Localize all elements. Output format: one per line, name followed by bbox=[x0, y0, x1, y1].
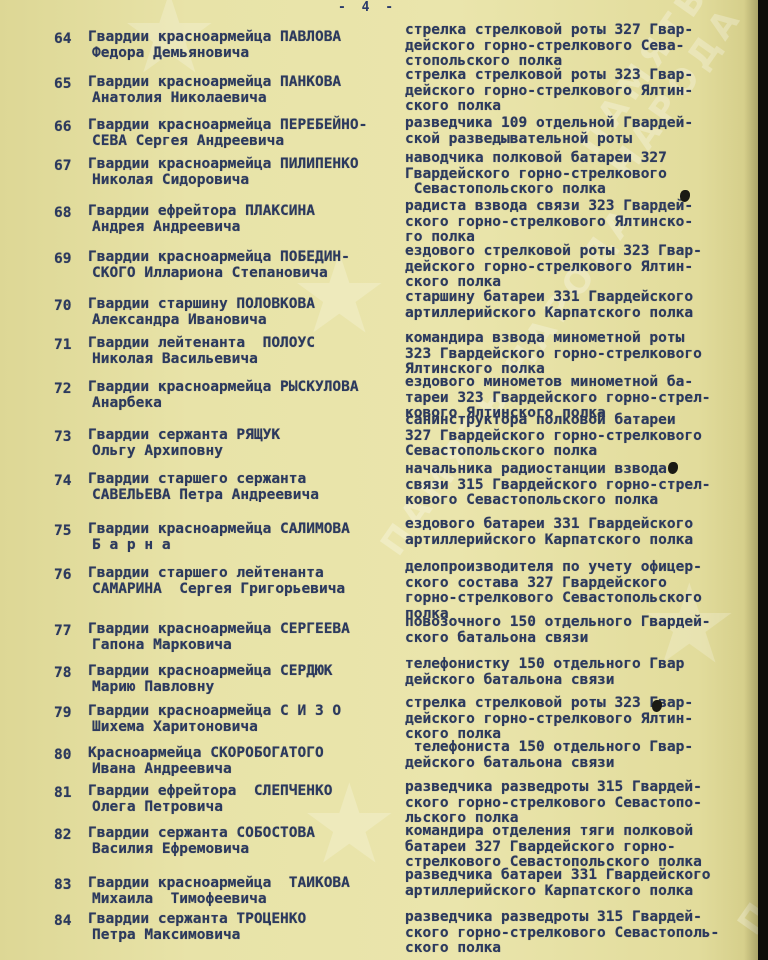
name-line: Гвардии сержанта РЯЩУК bbox=[88, 428, 388, 444]
name-line: Красноармейца СКОРОБОГАТОГО bbox=[88, 746, 388, 762]
entry-position: телефонистку 150 отдельного Гвардейского… bbox=[405, 657, 755, 688]
name-line: Гвардии лейтенанта ПОЛОУС bbox=[88, 336, 388, 352]
entry-number: 67 bbox=[54, 159, 84, 175]
entry-name: Гвардии старшего лейтенантаСАМАРИНА Серг… bbox=[88, 566, 388, 597]
position-line: артиллерийского Карпатского полка bbox=[405, 884, 755, 900]
entry-number: 81 bbox=[54, 786, 84, 802]
entry-name: Гвардии ефрейтора ПЛАКСИНААндрея Андреев… bbox=[88, 204, 388, 235]
entry-number: 78 bbox=[54, 666, 84, 682]
name-line: Гвардии старшего лейтенанта bbox=[88, 566, 388, 582]
name-line: Ольгу Архиповну bbox=[88, 444, 388, 460]
position-line: стрелка стрелковой роты 323 Гвар- bbox=[405, 696, 755, 712]
entry-position: ездового батареи 331 Гвардейскогоартилле… bbox=[405, 517, 755, 548]
entry-name: Гвардии старшего сержантаСАВЕЛЬЕВА Петра… bbox=[88, 472, 388, 503]
entry-name: Гвардии красноармейца ТАИКОВАМихаила Тим… bbox=[88, 876, 388, 907]
name-line: СКОГО Иллариона Степановича bbox=[88, 266, 388, 282]
entry-name: Гвардии сержанта ТРОЦЕНКОПетра Максимови… bbox=[88, 912, 388, 943]
name-line: САМАРИНА Сергея Григорьевича bbox=[88, 582, 388, 598]
name-line: Гвардии красноармейца ПИЛИПЕНКО bbox=[88, 157, 388, 173]
entry-position: разведчика разведроты 315 Гвардей-ского … bbox=[405, 780, 755, 827]
page-number: - 4 - bbox=[338, 0, 397, 15]
position-line: ской разведывательной роты bbox=[405, 132, 755, 148]
position-line: дейского горно-стрелкового Ялтин- bbox=[405, 84, 755, 100]
entry-position: наводчика полковой батареи 327Гвардейско… bbox=[405, 151, 755, 198]
entry-name: Гвардии красноармейца ПАВЛОВАФедора Демь… bbox=[88, 30, 388, 61]
entry-name: Гвардии красноармейца РЫСКУЛОВААнарбека bbox=[88, 380, 388, 411]
entry-number: 82 bbox=[54, 828, 84, 844]
name-line: Ивана Андреевича bbox=[88, 762, 388, 778]
entry-number: 64 bbox=[54, 32, 84, 48]
name-line: Гвардии старшего сержанта bbox=[88, 472, 388, 488]
entry-number: 74 bbox=[54, 474, 84, 490]
entry-position: начальника радиостанции взводасвязи 315 … bbox=[405, 462, 755, 509]
entry-number: 75 bbox=[54, 524, 84, 540]
position-line: повозочного 150 отдельного Гвардей- bbox=[405, 615, 755, 631]
name-line: Гвардии старшину ПОЛОВКОВА bbox=[88, 297, 388, 313]
name-line: Гвардии красноармейца ПАВЛОВА bbox=[88, 30, 388, 46]
watermark-star-icon: ★ bbox=[300, 760, 399, 888]
position-line: стрелка стрелковой роты 323 Гвар- bbox=[405, 68, 755, 84]
name-line: Гвардии красноармейца СЕРДЮК bbox=[88, 664, 388, 680]
entry-name: Гвардии красноармейца СЕРГЕЕВАГапона Мар… bbox=[88, 622, 388, 653]
position-line: ского полка bbox=[405, 941, 755, 957]
position-line: телефонистку 150 отдельного Гвар bbox=[405, 657, 755, 673]
name-line: Александра Ивановича bbox=[88, 313, 388, 329]
name-line: Михаила Тимофеевича bbox=[88, 892, 388, 908]
entry-position: повозочного 150 отдельного Гвардей-ского… bbox=[405, 615, 755, 646]
entry-name: Гвардии красноармейца ПАНКОВААнатолия Ни… bbox=[88, 75, 388, 106]
name-line: САВЕЛЬЕВА Петра Андреевича bbox=[88, 488, 388, 504]
position-line: дейского горно-стрелкового Сева- bbox=[405, 39, 755, 55]
entry-name: Гвардии красноармейца ПЕРЕБЕЙНО-СЕВА Сер… bbox=[88, 118, 388, 149]
name-line: Федора Демьяновича bbox=[88, 46, 388, 62]
entry-number: 79 bbox=[54, 706, 84, 722]
position-line: санинструктора полковой батареи bbox=[405, 413, 755, 429]
position-line: ского батальона связи bbox=[405, 631, 755, 647]
entry-position: стрелка стрелковой роты 323 Гвар-дейског… bbox=[405, 68, 755, 115]
name-line: Андрея Андреевича bbox=[88, 220, 388, 236]
entry-number: 71 bbox=[54, 338, 84, 354]
entry-name: Гвардии сержанта РЯЩУКОльгу Архиповну bbox=[88, 428, 388, 459]
entry-name: Гвардии лейтенанта ПОЛОУСНиколая Василье… bbox=[88, 336, 388, 367]
name-line: Шихема Харитоновича bbox=[88, 720, 388, 736]
position-line: делопроизводителя по учету офицер- bbox=[405, 560, 755, 576]
position-line: ского горно-стрелкового Севастопо- bbox=[405, 796, 755, 812]
name-line: Гвардии красноармейца С И З О bbox=[88, 704, 388, 720]
name-line: Анатолия Николаевича bbox=[88, 91, 388, 107]
name-line: Василия Ефремовича bbox=[88, 842, 388, 858]
entry-position: ездового стрелковой роты 323 Гвар-дейско… bbox=[405, 244, 755, 291]
position-line: разведчика 109 отдельной Гвардей- bbox=[405, 116, 755, 132]
position-line: командира отделения тяги полковой bbox=[405, 824, 755, 840]
document-page: ★ ★ ★ ★ ПАМЯТЬ НАРОДА ПАМЯТЬ НАРОДА ПАМЯ… bbox=[0, 0, 758, 960]
position-line: дейского батальона связи bbox=[405, 756, 755, 772]
position-line: артиллерийского Карпатского полка bbox=[405, 306, 755, 322]
name-line: Гвардии красноармейца САЛИМОВА bbox=[88, 522, 388, 538]
position-line: артиллерийского Карпатского полка bbox=[405, 533, 755, 549]
entry-number: 76 bbox=[54, 568, 84, 584]
entry-name: Гвардии красноармейца ПИЛИПЕНКОНиколая С… bbox=[88, 157, 388, 188]
entry-name: Гвардии красноармейца САЛИМОВАБ а р н а bbox=[88, 522, 388, 553]
name-line: Гапона Марковича bbox=[88, 638, 388, 654]
entry-number: 68 bbox=[54, 206, 84, 222]
entry-position: разведчика 109 отдельной Гвардей-ской ра… bbox=[405, 116, 755, 147]
position-line: Гвардейского горно-стрелкового bbox=[405, 167, 755, 183]
name-line: Гвардии красноармейца РЫСКУЛОВА bbox=[88, 380, 388, 396]
position-line: ского полка bbox=[405, 99, 755, 115]
entry-number: 72 bbox=[54, 382, 84, 398]
position-line: начальника радиостанции взвода bbox=[405, 462, 755, 478]
position-line: наводчика полковой батареи 327 bbox=[405, 151, 755, 167]
position-line: Севастопольского полка bbox=[405, 182, 755, 198]
position-line: дейского горно-стрелкового Ялтин- bbox=[405, 260, 755, 276]
name-line: Гвардии красноармейца ПОБЕДИН- bbox=[88, 250, 388, 266]
entry-name: Красноармейца СКОРОБОГАТОГОИвана Андреев… bbox=[88, 746, 388, 777]
entry-name: Гвардии красноармейца С И З ОШихема Хари… bbox=[88, 704, 388, 735]
name-line: Гвардии ефрейтора ПЛАКСИНА bbox=[88, 204, 388, 220]
entry-number: 70 bbox=[54, 299, 84, 315]
position-line: телефониста 150 отдельного Гвар- bbox=[405, 740, 755, 756]
entry-number: 77 bbox=[54, 624, 84, 640]
position-line: связи 315 Гвардейского горно-стрел- bbox=[405, 478, 755, 494]
position-line: разведчика батареи 331 Гвардейского bbox=[405, 868, 755, 884]
entry-position: стрелка стрелковой роты 323 Гвар-дейског… bbox=[405, 696, 755, 743]
entry-number: 65 bbox=[54, 77, 84, 93]
position-line: ездового стрелковой роты 323 Гвар- bbox=[405, 244, 755, 260]
position-line: дейского горно-стрелкового Ялтин- bbox=[405, 712, 755, 728]
entry-position: санинструктора полковой батареи327 Гвард… bbox=[405, 413, 755, 460]
position-line: радиста взвода связи 323 Гвардей- bbox=[405, 199, 755, 215]
name-line: Гвардии сержанта СОБОСТОВА bbox=[88, 826, 388, 842]
position-line: ского горно-стрелкового Ялтинско- bbox=[405, 215, 755, 231]
position-line: батареи 327 Гвардейского горно- bbox=[405, 840, 755, 856]
position-line: ездового батареи 331 Гвардейского bbox=[405, 517, 755, 533]
entry-number: 83 bbox=[54, 878, 84, 894]
position-line: старшину батареи 331 Гвардейского bbox=[405, 290, 755, 306]
entry-position: разведчика батареи 331 Гвардейскогоартил… bbox=[405, 868, 755, 899]
name-line: Б а р н а bbox=[88, 538, 388, 554]
entry-name: Гвардии красноармейца ПОБЕДИН-СКОГО Илла… bbox=[88, 250, 388, 281]
entry-position: разведчика разведроты 315 Гвардей-ского … bbox=[405, 910, 755, 957]
position-line: дейского батальона связи bbox=[405, 673, 755, 689]
entry-name: Гвардии красноармейца СЕРДЮКМарию Павлов… bbox=[88, 664, 388, 695]
name-line: Николая Васильевича bbox=[88, 352, 388, 368]
position-line: стрелка стрелковой роты 327 Гвар- bbox=[405, 23, 755, 39]
name-line: Гвардии красноармейца СЕРГЕЕВА bbox=[88, 622, 388, 638]
name-line: Гвардии сержанта ТРОЦЕНКО bbox=[88, 912, 388, 928]
entry-name: Гвардии старшину ПОЛОВКОВААлександра Ива… bbox=[88, 297, 388, 328]
entry-name: Гвардии ефрейтора СЛЕПЧЕНКООлега Петрови… bbox=[88, 784, 388, 815]
entry-name: Гвардии сержанта СОБОСТОВАВасилия Ефремо… bbox=[88, 826, 388, 857]
name-line: Гвардии красноармейца ПАНКОВА bbox=[88, 75, 388, 91]
position-line: командира взвода минометной роты bbox=[405, 331, 755, 347]
name-line: Анарбека bbox=[88, 396, 388, 412]
entry-position: радиста взвода связи 323 Гвардей-ского г… bbox=[405, 199, 755, 246]
entry-position: командира отделения тяги полковойбатареи… bbox=[405, 824, 755, 871]
position-line: разведчика разведроты 315 Гвардей- bbox=[405, 780, 755, 796]
entry-number: 66 bbox=[54, 120, 84, 136]
entry-number: 84 bbox=[54, 914, 84, 930]
position-line: 327 Гвардейского горно-стрелкового bbox=[405, 429, 755, 445]
name-line: Марию Павловну bbox=[88, 680, 388, 696]
entry-position: стрелка стрелковой роты 327 Гвар-дейског… bbox=[405, 23, 755, 70]
position-line: ского горно-стрелкового Севастополь- bbox=[405, 926, 755, 942]
entry-position: телефониста 150 отдельного Гвар-дейского… bbox=[405, 740, 755, 771]
position-line: Севастопольского полка bbox=[405, 444, 755, 460]
position-line: 323 Гвардейского горно-стрелкового bbox=[405, 347, 755, 363]
entry-position: старшину батареи 331 Гвардейскогоартилле… bbox=[405, 290, 755, 321]
entry-number: 73 bbox=[54, 430, 84, 446]
entry-position: командира взвода минометной роты323 Гвар… bbox=[405, 331, 755, 378]
name-line: Петра Максимовича bbox=[88, 928, 388, 944]
position-line: ездового минометов минометной ба- bbox=[405, 375, 755, 391]
entry-position: делопроизводителя по учету офицер-ского … bbox=[405, 560, 755, 622]
name-line: Гвардии красноармейца ТАИКОВА bbox=[88, 876, 388, 892]
position-line: горно-стрелкового Севастопольского bbox=[405, 591, 755, 607]
entry-number: 80 bbox=[54, 748, 84, 764]
position-line: ского состава 327 Гвардейского bbox=[405, 576, 755, 592]
position-line: кового Севастопольского полка bbox=[405, 493, 755, 509]
entry-number: 69 bbox=[54, 252, 84, 268]
name-line: Гвардии ефрейтора СЛЕПЧЕНКО bbox=[88, 784, 388, 800]
name-line: СЕВА Сергея Андреевича bbox=[88, 134, 388, 150]
name-line: Гвардии красноармейца ПЕРЕБЕЙНО- bbox=[88, 118, 388, 134]
name-line: Николая Сидоровича bbox=[88, 173, 388, 189]
position-line: тареи 323 Гвардейского горно-стрел- bbox=[405, 391, 755, 407]
name-line: Олега Петровича bbox=[88, 800, 388, 816]
position-line: разведчика разведроты 315 Гвардей- bbox=[405, 910, 755, 926]
